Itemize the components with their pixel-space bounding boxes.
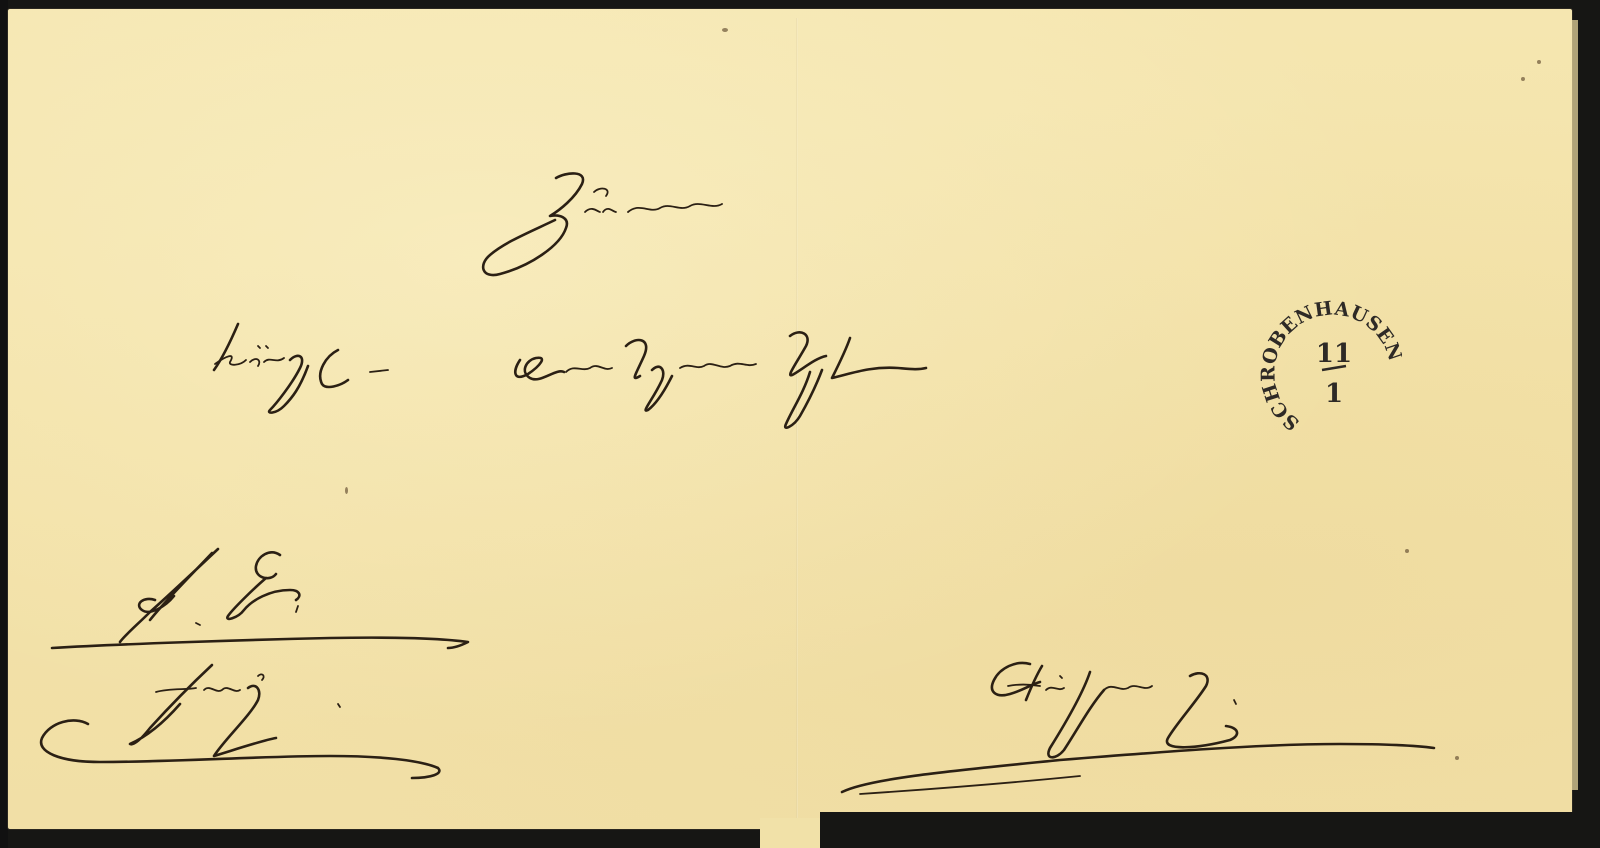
handwriting-aichach (842, 663, 1434, 794)
handwriting-h-s (52, 549, 468, 648)
postmark-schrobenhausen: SCHROBENHAUSEN 11 1 (1252, 282, 1402, 432)
scan-background: SCHROBENHAUSEN 11 1 Zum königl. Landgeri… (0, 0, 1600, 848)
handwriting-koenigl-landgericht (214, 324, 926, 428)
handwriting-frey (41, 665, 439, 778)
handwriting-zum (483, 173, 722, 275)
postmark-month: 1 (1325, 379, 1343, 409)
postmark-day: 11 (1316, 339, 1352, 369)
